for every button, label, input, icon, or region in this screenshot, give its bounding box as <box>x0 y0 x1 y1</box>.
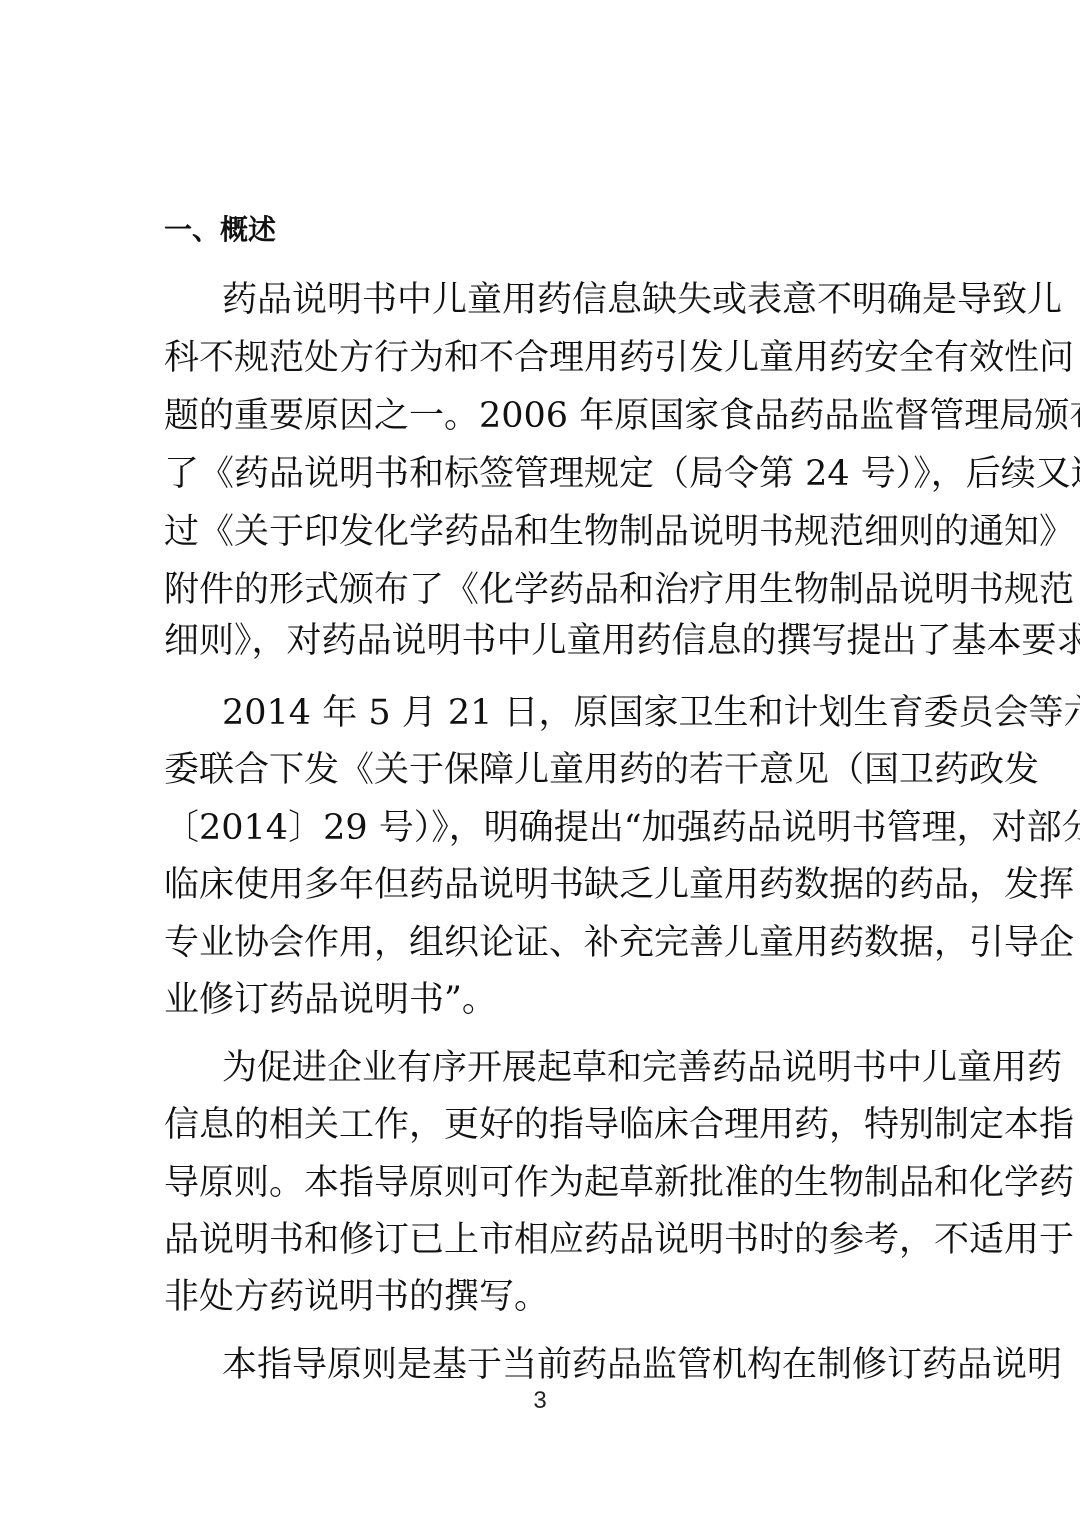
section-heading: 一、概述 <box>164 210 276 250</box>
paragraph-1-line-7: 细则》，对药品说明书中儿童用药信息的撰写提出了基本要求。 <box>164 621 926 661</box>
paragraph-1-line-2: 科不规范处方行为和不合理用药引发儿童用药安全有效性问 <box>164 338 926 378</box>
paragraph-1-line-3: 题的重要原因之一。2006 年原国家食品药品监督管理局颁布 <box>164 396 926 436</box>
paragraph-2-line-3: 〔2014〕29 号）》，明确提出“加强药品说明书管理，对部分已 <box>164 808 926 848</box>
paragraph-3-line-1: 为促进企业有序开展起草和完善药品说明书中儿童用药 <box>222 1048 926 1088</box>
paragraph-3-line-2: 信息的相关工作，更好的指导临床合理用药，特别制定本指 <box>164 1105 926 1145</box>
paragraph-2-line-2: 委联合下发《关于保障儿童用药的若干意见（国卫药政发 <box>164 750 926 790</box>
paragraph-2-line-1: 2014 年 5 月 21 日，原国家卫生和计划生育委员会等六部 <box>222 693 926 733</box>
paragraph-2-line-6: 业修订药品说明书”。 <box>164 980 926 1020</box>
paragraph-1-line-4: 了《药品说明书和标签管理规定（局令第 24 号）》，后续又通 <box>164 454 926 494</box>
paragraph-3-line-3: 导原则。本指导原则可作为起草新批准的生物制品和化学药 <box>164 1163 926 1203</box>
paragraph-3-line-4: 品说明书和修订已上市相应药品说明书时的参考，不适用于 <box>164 1220 926 1260</box>
paragraph-2-line-4: 临床使用多年但药品说明书缺乏儿童用药数据的药品，发挥 <box>164 865 926 905</box>
paragraph-1-line-6: 附件的形式颁布了《化学药品和治疗用生物制品说明书规范 <box>164 570 926 610</box>
paragraph-4-line-1: 本指导原则是基于当前药品监管机构在制修订药品说明 <box>222 1345 926 1385</box>
paragraph-1-line-5: 过《关于印发化学药品和生物制品说明书规范细则的通知》 <box>164 512 926 552</box>
paragraph-1-line-1: 药品说明书中儿童用药信息缺失或表意不明确是导致儿 <box>222 280 926 320</box>
paragraph-2-line-5: 专业协会作用，组织论证、补充完善儿童用药数据，引导企 <box>164 923 926 963</box>
page-number: 3 <box>0 1386 1080 1416</box>
document-page: 一、概述 药品说明书中儿童用药信息缺失或表意不明确是导致儿 科不规范处方行为和不… <box>0 0 1080 1527</box>
paragraph-3-line-5: 非处方药说明书的撰写。 <box>164 1277 926 1317</box>
